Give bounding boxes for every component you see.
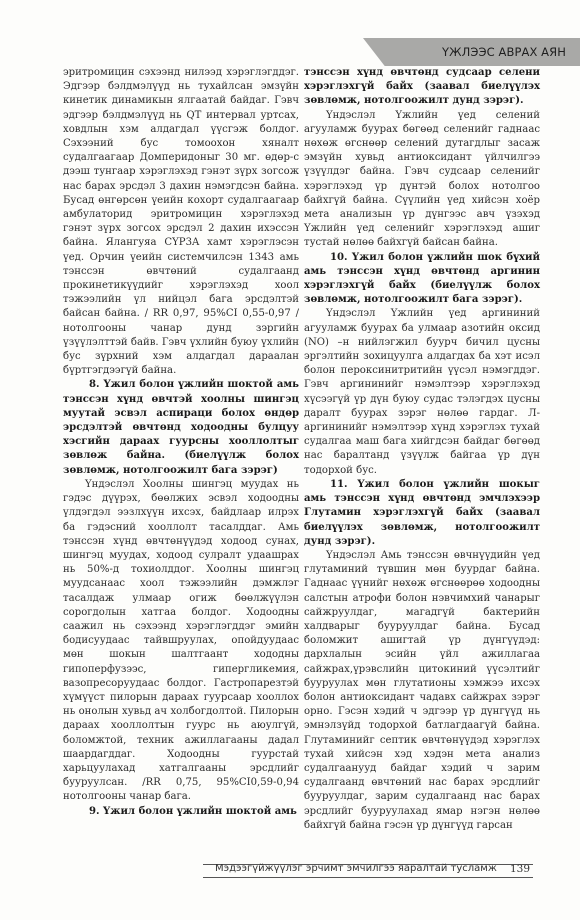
recommendation-heading-8: 8. Үжил болон үжлийн шоктой амь тэнссэн …: [63, 378, 299, 477]
body-paragraph: Үндэслэл Үжлийн үед аргининий агууламж б…: [304, 307, 540, 477]
page-number: 139: [510, 863, 530, 875]
body-paragraph: эритромицин сэхээнд нилээд хэрэглэгддэг.…: [63, 66, 299, 378]
footer-running-title: Мэдээгүйжүүлэг эрчимт эмчилгээ яаралтай …: [215, 863, 485, 874]
recommendation-heading-10: 10. Үжил болон үжлийн шок бүхий амь тэнс…: [304, 251, 540, 308]
section-title: ҮЖЛЭЭС АВРАХ АЯН: [442, 45, 566, 59]
recommendation-heading-11: 11. Үжил болон үжлийн шокыг амь тэнссэн …: [304, 478, 540, 549]
section-header-banner: ҮЖЛЭЭС АВРАХ АЯН: [363, 38, 580, 66]
right-column: тэнссэн хүнд өвчтөнд судсаар селени хэрэ…: [304, 66, 540, 833]
body-paragraph: Үндэслэл Хоолны шингэц муудах нь гэдэс д…: [63, 478, 299, 805]
footer-rule-bottom: [203, 877, 533, 878]
body-paragraph: Үндэслэл Үжлийн үед селений агууламж буу…: [304, 109, 540, 251]
body-paragraph: Үндэслэл Амь тэнссэн өвчнүүдийн үед глут…: [304, 549, 540, 833]
recommendation-heading-9: 9. Үжил болон үжлийн шоктой амь: [63, 805, 299, 819]
left-column: эритромицин сэхээнд нилээд хэрэглэгддэг.…: [63, 66, 299, 819]
recommendation-heading-9-continued: тэнссэн хүнд өвчтөнд судсаар селени хэрэ…: [304, 66, 540, 109]
